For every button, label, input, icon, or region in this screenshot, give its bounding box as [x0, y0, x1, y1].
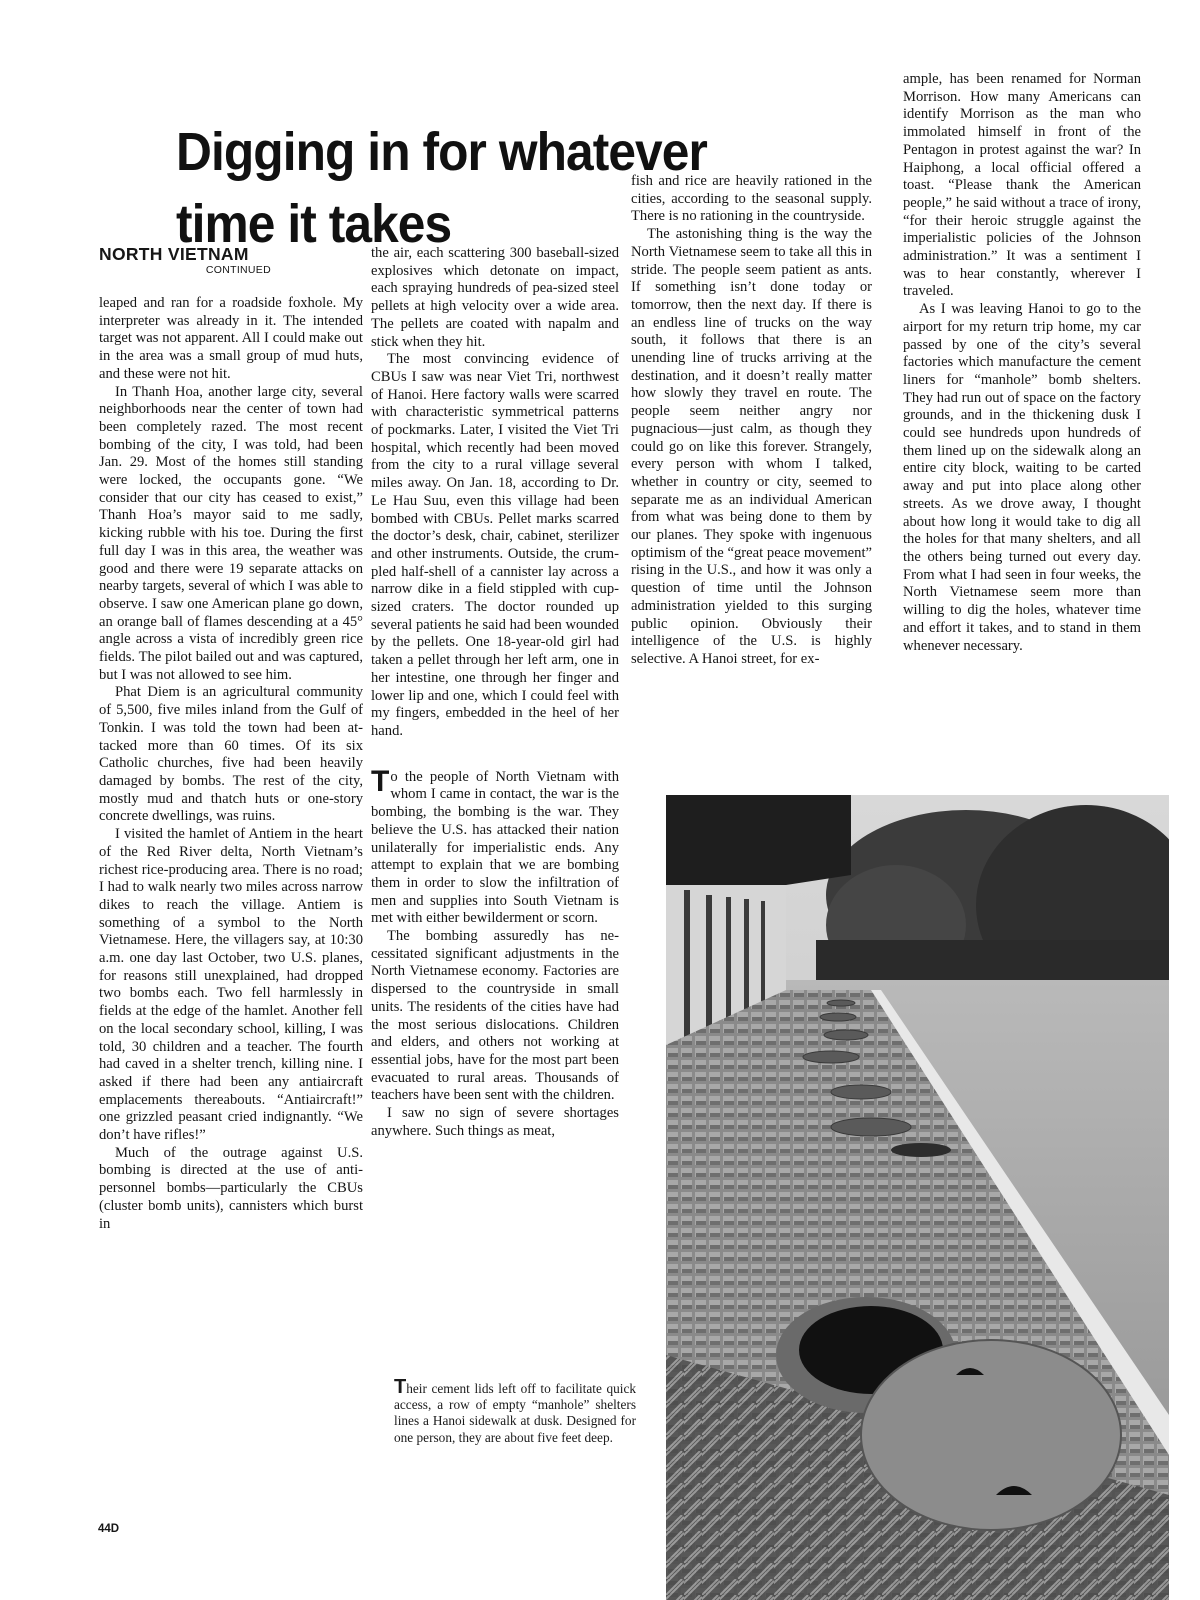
paragraph: In Thanh Hoa, another large city, severa…: [99, 384, 363, 685]
photo-illustration: [666, 795, 1169, 1600]
page-number: 44D: [98, 1523, 119, 1535]
article-column-3: fish and rice are heavily rationed in th…: [631, 173, 872, 669]
caption-text: heir cement lids left off to facili­tate…: [394, 1381, 636, 1445]
paragraph: Much of the outrage against U.S. bombing…: [99, 1145, 363, 1234]
section-subtitle: CONTINUED: [99, 264, 279, 276]
paragraph: The bombing assuredly has ne­cessitated …: [371, 928, 619, 1105]
paragraph-text: o the people of North Vietnam with whom …: [371, 769, 619, 927]
caption-drop-cap: T: [394, 1376, 406, 1398]
headline-line-1: Digging in for whatever: [176, 122, 707, 182]
drop-cap: T: [371, 772, 389, 792]
paragraph: Phat Diem is an agricultural community o…: [99, 684, 363, 826]
paragraph: leaped and ran for a roadside fox­hole. …: [99, 295, 363, 384]
section-title: NORTH VIETNAM: [99, 244, 279, 264]
paragraph: I saw no sign of severe shortages anywhe…: [371, 1105, 619, 1140]
paragraph: The astonishing thing is the way the Nor…: [631, 226, 872, 669]
photo-manhole-shelters: [666, 795, 1169, 1600]
section-heading: NORTH VIETNAM CONTINUED: [99, 244, 279, 276]
article-column-4: ample, has been renamed for Nor­man Morr…: [903, 71, 1141, 655]
paragraph: fish and rice are heavily rationed in th…: [631, 173, 872, 226]
paragraph: ample, has been renamed for Nor­man Morr…: [903, 71, 1141, 301]
paragraph: I visited the hamlet of Antiem in the he…: [99, 826, 363, 1145]
paragraph: The most convincing evidence of CBUs I s…: [371, 351, 619, 740]
article-column-1: leaped and ran for a roadside fox­hole. …: [99, 295, 363, 1233]
dropcap-paragraph: To the people of North Vietnam with whom…: [371, 769, 619, 928]
paragraph: As I was leaving Hanoi to go to the airp…: [903, 301, 1141, 655]
paragraph: the air, each scattering 300 base­ball-s…: [371, 245, 619, 351]
photo-caption: Their cement lids left off to facili­tat…: [394, 1380, 636, 1446]
article-column-2: the air, each scattering 300 base­ball-s…: [371, 245, 619, 1140]
